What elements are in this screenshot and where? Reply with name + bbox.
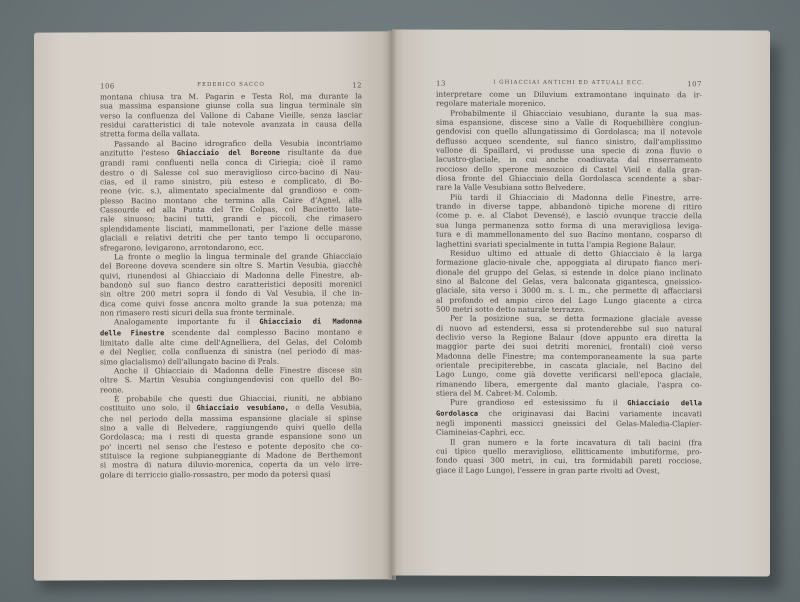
text-line: fondo quasi 300 metri, in cui, tra formi…	[436, 456, 702, 466]
right-page: 13 I GHIACCIAI ANTICHI ED ATTUALI ECC. 1…	[392, 30, 770, 577]
text-line: Gordolasca che originavasi dai Bacini va…	[436, 408, 702, 419]
right-running-title: I GHIACCIAI ANTICHI ED ATTUALI ECC.	[436, 80, 702, 87]
glacier-name: Ghiacciaio della	[627, 399, 702, 407]
text-line: golare di terriccio giallo-rossastro, pe…	[100, 469, 362, 479]
paragraph: Pure grandioso ed estesissimo fu il Ghia…	[436, 398, 702, 438]
right-page-number-outer: 107	[687, 80, 702, 88]
glacier-name: Ghiacciaio di Madonna	[259, 318, 362, 326]
text-line: costituito uno solo, il Ghiacciaio vesub…	[100, 403, 362, 414]
paragraph: È probabile che questi due Ghiacciai, ri…	[100, 393, 362, 479]
text-line: gendovisi con quello allungatissimo di G…	[436, 127, 702, 137]
text-line: dionale del gruppo del Gelas, si estende…	[436, 267, 702, 277]
left-running-head: 106 FEDERICO SACCO 12	[100, 81, 362, 82]
text-line: sua massima espansione giunse colla sua …	[100, 101, 362, 111]
text-line: al profondo ed ampio circo del Lago Lung…	[436, 295, 702, 305]
text-line: regolare materiale morenico.	[436, 99, 702, 109]
right-text-block: interpretare come un Diluvium extramonta…	[436, 90, 702, 476]
paragraph: Anche il Ghiacciaio di Madonna delle Fin…	[100, 365, 362, 394]
text-line: residui caratteristici di tale notevole …	[100, 120, 362, 130]
text-line: (come p. e. al Clabot Devensé), e lasciò…	[436, 211, 702, 221]
text-line: giace il Lago Lungo), l'essere in gran p…	[436, 465, 702, 475]
text-line: sin oltre 200 metri sopra il fondo di Va…	[100, 289, 362, 299]
text-line: glaciali e relativi detriti che per tant…	[100, 233, 362, 243]
paragraph: montana chiusa tra M. Pagarin e Testa Ro…	[100, 91, 362, 139]
text-line: lacustro-glaciale, in cui anche coadiuva…	[436, 155, 702, 165]
text-line: si mostra di natura diluvio-morenica, co…	[100, 460, 362, 470]
book-spine	[388, 30, 396, 580]
text-line: oltre S. Martin Vesubia congiungendovisi…	[100, 375, 362, 385]
glacier-name: delle Finestre	[100, 329, 164, 337]
text-line: maggior parte dei suoi detriti morenici,…	[436, 342, 702, 352]
glacier-name: Ghiacciaio del Boreone	[177, 149, 280, 157]
text-line: del Boreone doveva scendere sin oltre S.…	[100, 261, 362, 271]
text-line: grandi rami confluenti nella conca di Ci…	[100, 158, 362, 168]
text-line: e del Neglier, colla confluenza di sinis…	[100, 347, 362, 357]
text-line: Gordolasca; ma i resti di questa grande …	[100, 432, 362, 442]
paragraph: Probabilmente il Ghiacciaio vesubiano, d…	[436, 108, 702, 193]
glacier-name: Ghiacciaio vesubiano,	[197, 404, 289, 412]
text-line: laghettini svariati specialmente in tutt…	[436, 239, 702, 249]
glacier-name: Gordolasca	[436, 409, 478, 417]
right-running-head: 13 I GHIACCIAI ANTICHI ED ATTUALI ECC. 1…	[436, 80, 702, 81]
left-page: 106 FEDERICO SACCO 12 montana chiusa tra…	[34, 31, 392, 580]
text-line: Analogamente importante fu il Ghiacciaio…	[100, 317, 362, 328]
text-line: Lago Lungo, come già dovette verificarsi…	[436, 370, 702, 380]
paragraph: La fronte o meglio la lingua terminale d…	[100, 251, 362, 317]
left-text-block: montana chiusa tra M. Pagarin e Testa Ro…	[100, 91, 362, 479]
paragraph: Il gran numero e la forte incavatura di …	[436, 437, 702, 475]
paragraph: Più tardi il Ghiacciaio di Madonna delle…	[436, 192, 702, 249]
text-line: Per la posizione sua, se detta formazion…	[436, 314, 702, 324]
text-line: Ciamineias-Caphri, ecc.	[436, 428, 702, 438]
paragraph: Analogamente importante fu il Ghiacciaio…	[100, 317, 362, 367]
left-page-number-inner: 12	[352, 81, 362, 89]
paragraph: Residuo ultimo ed attuale di detto Ghiac…	[436, 248, 702, 314]
left-running-title: FEDERICO SACCO	[100, 81, 362, 88]
text-line: formazione glacio-nivale che, appoggiata…	[436, 258, 702, 268]
paragraph: interpretare come un Diluvium extramonta…	[436, 90, 702, 109]
paragraph: Passando al Bacino idrografico della Ves…	[100, 138, 362, 252]
text-line: dica come quivi fosse ancora molto grand…	[100, 298, 362, 308]
text-line: tura e di mammellonamento del suo Bacino…	[436, 230, 702, 240]
text-line: glaciale, sita verso i 3000 m. s. l. m.,…	[436, 286, 702, 296]
paragraph: Per la posizione sua, se detta formazion…	[436, 314, 702, 399]
text-line: rare la Valle Vesubiana sotto Belvedere.	[436, 183, 702, 193]
text-line: Pure grandioso ed estesissimo fu il Ghia…	[436, 398, 702, 409]
